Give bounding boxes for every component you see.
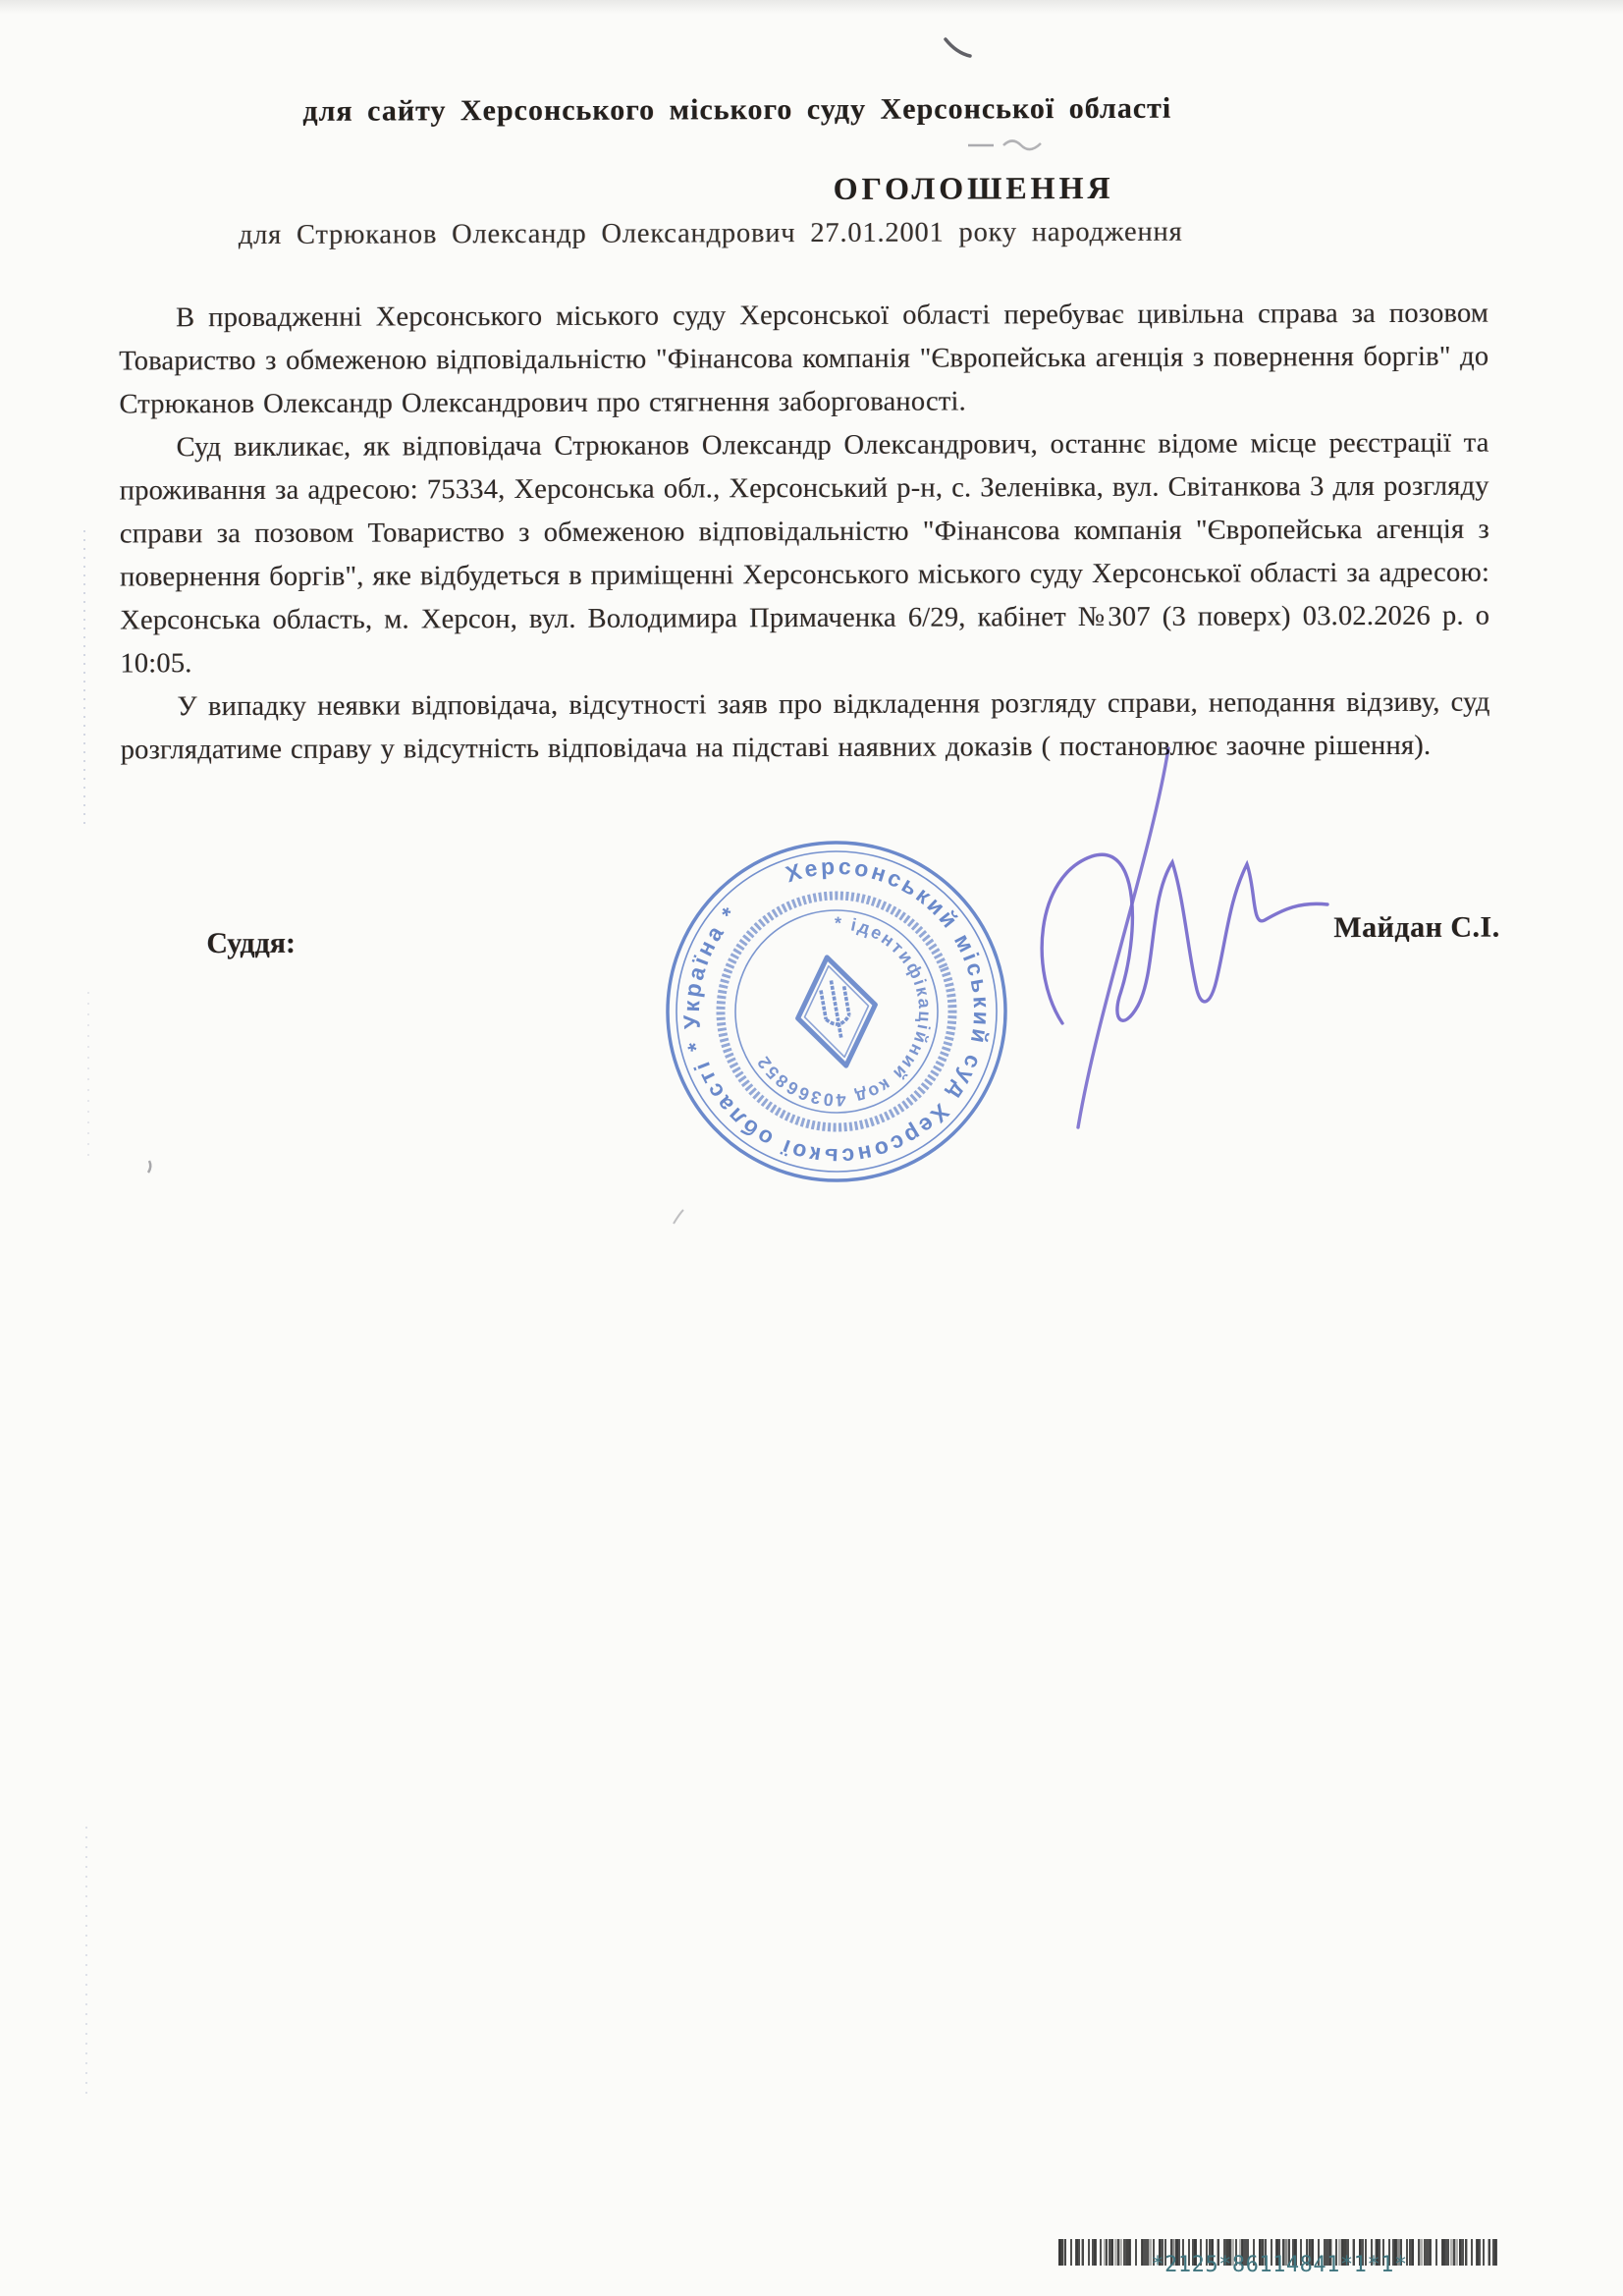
trident-emblem bbox=[788, 951, 885, 1072]
scanned-court-document: для сайту Херсонського міського суду Хер… bbox=[0, 0, 1623, 2296]
paragraph-summons: Суд викликає, як відповідача Стрюканов О… bbox=[120, 422, 1490, 686]
document-subtitle: для Стрюканов Олександр Олександрович 27… bbox=[239, 219, 1183, 250]
paragraph-warning: У випадку неявки відповідача, відсутност… bbox=[120, 682, 1489, 773]
judge-label: Суддя: bbox=[206, 929, 296, 958]
stamp-rings bbox=[617, 792, 1056, 1231]
court-stamp: Херсонський міський суд Херсонської обла… bbox=[601, 776, 1071, 1246]
site-header: для сайту Херсонського міського суду Хер… bbox=[302, 94, 1171, 127]
paragraph-case-info: В провадженні Херсонського міського суду… bbox=[119, 293, 1488, 427]
pen-mark bbox=[674, 1210, 683, 1224]
document-title: ОГОЛОШЕННЯ bbox=[834, 172, 1114, 204]
signature-strokes bbox=[1042, 748, 1327, 1127]
barcode-text: *2125*86114841*1*1* bbox=[1058, 2254, 1500, 2277]
stamp-outer-text: Херсонський міський суд Херсонської обла… bbox=[630, 805, 1043, 1218]
pen-mark bbox=[946, 39, 970, 56]
stamp-inner-text: * ідентифікаційний код 40366852 bbox=[712, 890, 964, 1139]
judge-signature-ink bbox=[1001, 727, 1335, 1139]
pen-mark bbox=[1003, 141, 1041, 150]
document-body: В провадженні Херсонського міського суду… bbox=[119, 293, 1490, 773]
pen-mark bbox=[148, 1161, 150, 1173]
judge-name: Майдан С.І. bbox=[1333, 913, 1500, 944]
